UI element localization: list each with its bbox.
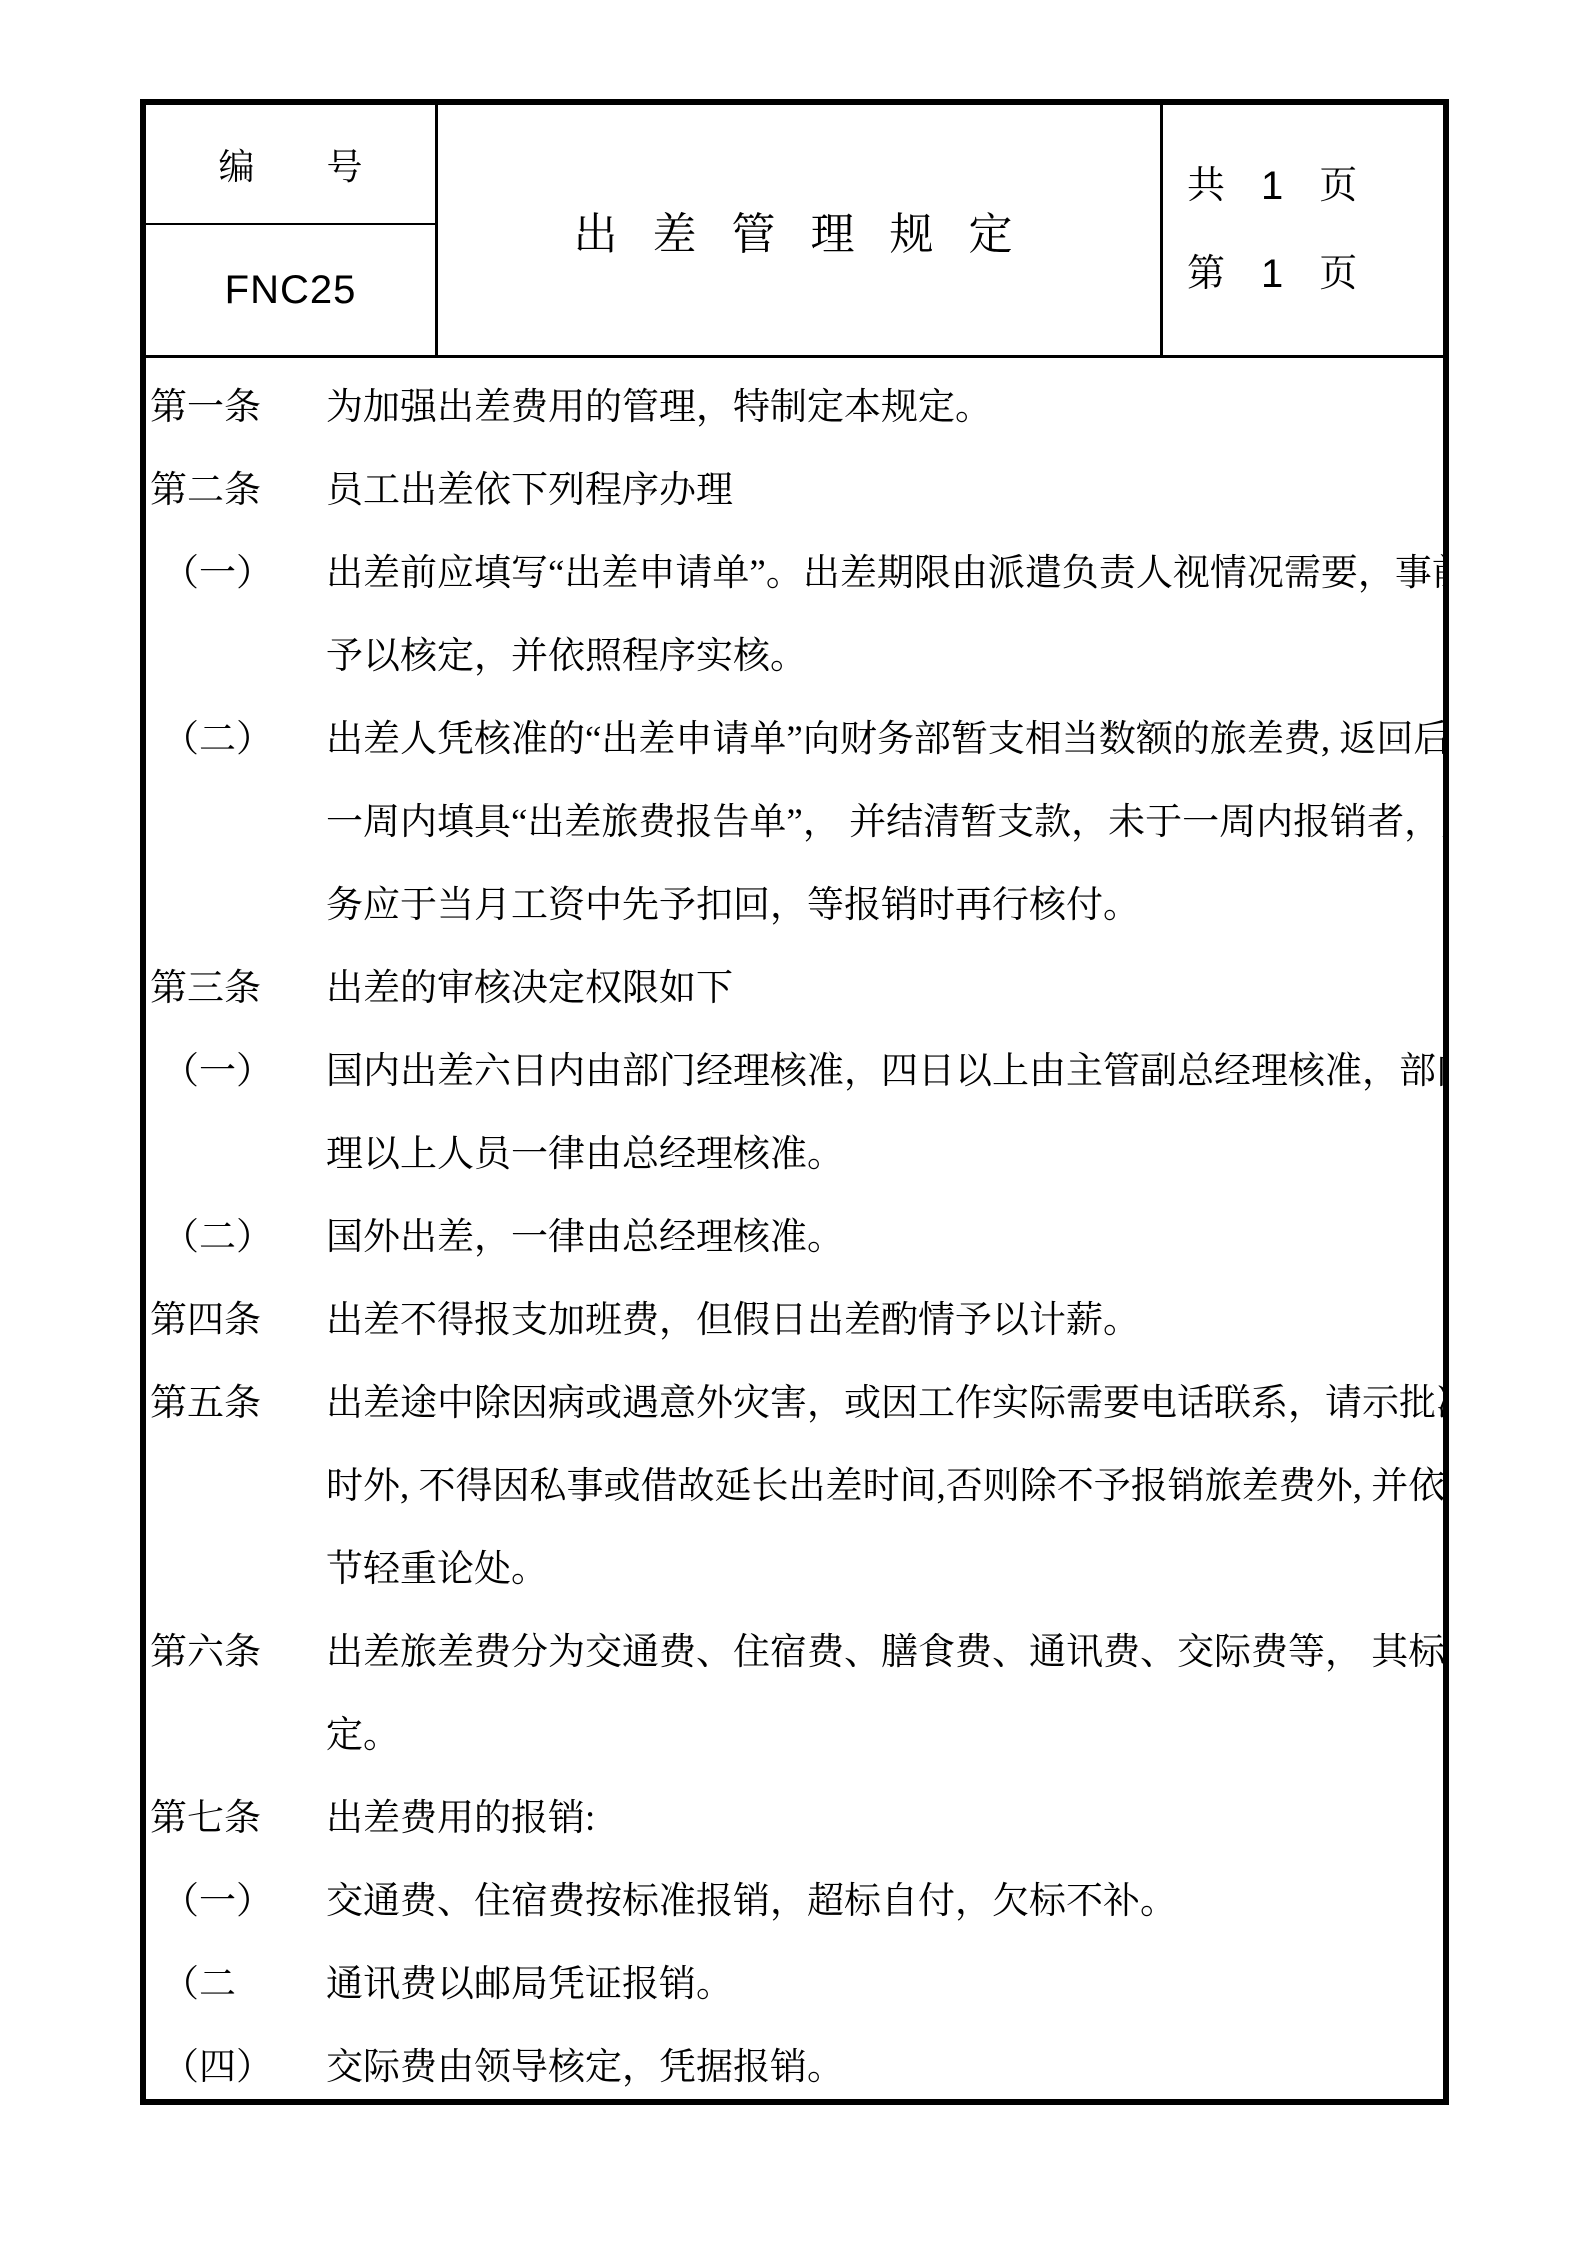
document-code: FNC25 xyxy=(146,225,435,355)
document-line: （二） 国外出差，一律由总经理核准。 xyxy=(146,1196,1443,1279)
document-page: 编 号 FNC25 出 差 管 理 规 定 共 1 页 第 1 页 xyxy=(0,0,1587,2245)
document-title: 出 差 管 理 规 定 xyxy=(574,198,1025,262)
line-text: 出差费用的报销: xyxy=(326,1800,595,1837)
line-label: （二 xyxy=(150,1966,326,2003)
document-line: 予以核定，并依照程序实核。 xyxy=(146,615,1443,698)
document-line: 理以上人员一律由总经理核准。 xyxy=(146,1113,1443,1196)
document-line: 定。 xyxy=(146,1694,1443,1777)
document-line: 第三条 出差的审核决定权限如下 xyxy=(146,947,1443,1030)
line-label: 第一条 xyxy=(150,389,326,426)
line-text: 予以核定，并依照程序实核。 xyxy=(326,638,807,675)
line-text: 国内出差六日内由部门经理核准，四日以上由主管副总经理核准，部门经 xyxy=(326,1053,1449,1090)
document-line: 时外, 不得因私事或借故延长出差时间,否则除不予报销旅差费外, 并依情 xyxy=(146,1445,1443,1528)
line-text: 交通费、住宿费按标准报销，超标自付，欠标不补。 xyxy=(326,1883,1177,1920)
document-body: 第一条 为加强出差费用的管理，特制定本规定。 第二条 员工出差依下列程序办理 （… xyxy=(146,358,1443,2105)
line-text: 国外出差，一律由总经理核准。 xyxy=(326,1219,844,1256)
document-line: 节轻重论处。 xyxy=(146,1528,1443,1611)
document-header: 编 号 FNC25 出 差 管 理 规 定 共 1 页 第 1 页 xyxy=(146,105,1443,358)
document-line: （二 通讯费以邮局凭证报销。 xyxy=(146,1943,1443,2026)
line-text: 时外, 不得因私事或借故延长出差时间,否则除不予报销旅差费外, 并依情 xyxy=(326,1468,1449,1505)
page-total-prefix: 共 xyxy=(1187,167,1225,205)
line-label: （二） xyxy=(150,1219,326,1256)
line-text: 一周内填具“出差旅费报告单”， 并结清暂支款，未于一周内报销者，财 xyxy=(326,804,1449,841)
code-cell: 编 号 FNC25 xyxy=(146,105,438,355)
line-label: 第五条 xyxy=(150,1385,326,1422)
line-text: 员工出差依下列程序办理 xyxy=(326,472,733,509)
document-line: （二） 出差人凭核准的“出差申请单”向财务部暂支相当数额的旅差费, 返回后 xyxy=(146,698,1443,781)
document-line: 第四条 出差不得报支加班费，但假日出差酌情予以计薪。 xyxy=(146,1279,1443,1362)
line-label: （一） xyxy=(150,1053,326,1090)
line-text: 定。 xyxy=(326,1717,400,1754)
code-label: 编 号 xyxy=(146,105,435,225)
page-current-prefix: 第 xyxy=(1187,255,1225,293)
document-border-box: 编 号 FNC25 出 差 管 理 规 定 共 1 页 第 1 页 xyxy=(140,99,1449,2105)
page-current-number: 1 xyxy=(1261,254,1283,294)
document-line: （一） 出差前应填写“出差申请单”。出差期限由派遣负责人视情况需要，事前 xyxy=(146,532,1443,615)
line-text: 出差人凭核准的“出差申请单”向财务部暂支相当数额的旅差费, 返回后 xyxy=(326,721,1449,758)
line-text: 出差的审核决定权限如下 xyxy=(326,970,733,1007)
line-text: 务应于当月工资中先予扣回，等报销时再行核付。 xyxy=(326,887,1140,924)
line-label: （二） xyxy=(150,721,326,758)
page-total-suffix: 页 xyxy=(1319,167,1357,205)
line-label: （一） xyxy=(150,555,326,592)
page-count-cell: 共 1 页 第 1 页 xyxy=(1163,105,1443,355)
title-cell: 出 差 管 理 规 定 xyxy=(438,105,1163,355)
line-text: 出差前应填写“出差申请单”。出差期限由派遣负责人视情况需要，事前 xyxy=(326,555,1449,592)
document-line: 第六条 出差旅差费分为交通费、住宿费、膳食费、通讯费、交际费等， 其标准另 xyxy=(146,1611,1443,1694)
line-label: 第二条 xyxy=(150,472,326,509)
document-line: 务应于当月工资中先予扣回，等报销时再行核付。 xyxy=(146,864,1443,947)
document-line: 一周内填具“出差旅费报告单”， 并结清暂支款，未于一周内报销者，财 xyxy=(146,781,1443,864)
line-text: 为加强出差费用的管理，特制定本规定。 xyxy=(326,389,992,426)
line-label: （四） xyxy=(150,2049,326,2086)
line-text: 节轻重论处。 xyxy=(326,1551,548,1588)
line-text: 交际费由领导核定，凭据报销。 xyxy=(326,2049,844,2086)
document-line: 第一条 为加强出差费用的管理，特制定本规定。 xyxy=(146,366,1443,449)
line-text: 理以上人员一律由总经理核准。 xyxy=(326,1136,844,1173)
line-label: 第四条 xyxy=(150,1302,326,1339)
line-label: 第六条 xyxy=(150,1634,326,1671)
page-current-suffix: 页 xyxy=(1319,255,1357,293)
page-total-number: 1 xyxy=(1261,166,1283,206)
document-line: 第二条 员工出差依下列程序办理 xyxy=(146,449,1443,532)
page-current-line: 第 1 页 xyxy=(1187,254,1443,294)
document-line: 第七条 出差费用的报销: xyxy=(146,1777,1443,1860)
document-line: （四） 交际费由领导核定，凭据报销。 xyxy=(146,2026,1443,2105)
line-label: 第七条 xyxy=(150,1800,326,1837)
page-total-line: 共 1 页 xyxy=(1187,166,1443,206)
line-text: 出差途中除因病或遇意外灾害，或因工作实际需要电话联系，请示批准延 xyxy=(326,1385,1449,1422)
line-label: （一） xyxy=(150,1883,326,1920)
document-line: 第五条 出差途中除因病或遇意外灾害，或因工作实际需要电话联系，请示批准延 xyxy=(146,1362,1443,1445)
line-label: 第三条 xyxy=(150,970,326,1007)
line-text: 出差旅差费分为交通费、住宿费、膳食费、通讯费、交际费等， 其标准另 xyxy=(326,1634,1449,1671)
document-line: （一） 交通费、住宿费按标准报销，超标自付，欠标不补。 xyxy=(146,1860,1443,1943)
document-line: （一） 国内出差六日内由部门经理核准，四日以上由主管副总经理核准，部门经 xyxy=(146,1030,1443,1113)
line-text: 出差不得报支加班费，但假日出差酌情予以计薪。 xyxy=(326,1302,1140,1339)
line-text: 通讯费以邮局凭证报销。 xyxy=(326,1966,733,2003)
